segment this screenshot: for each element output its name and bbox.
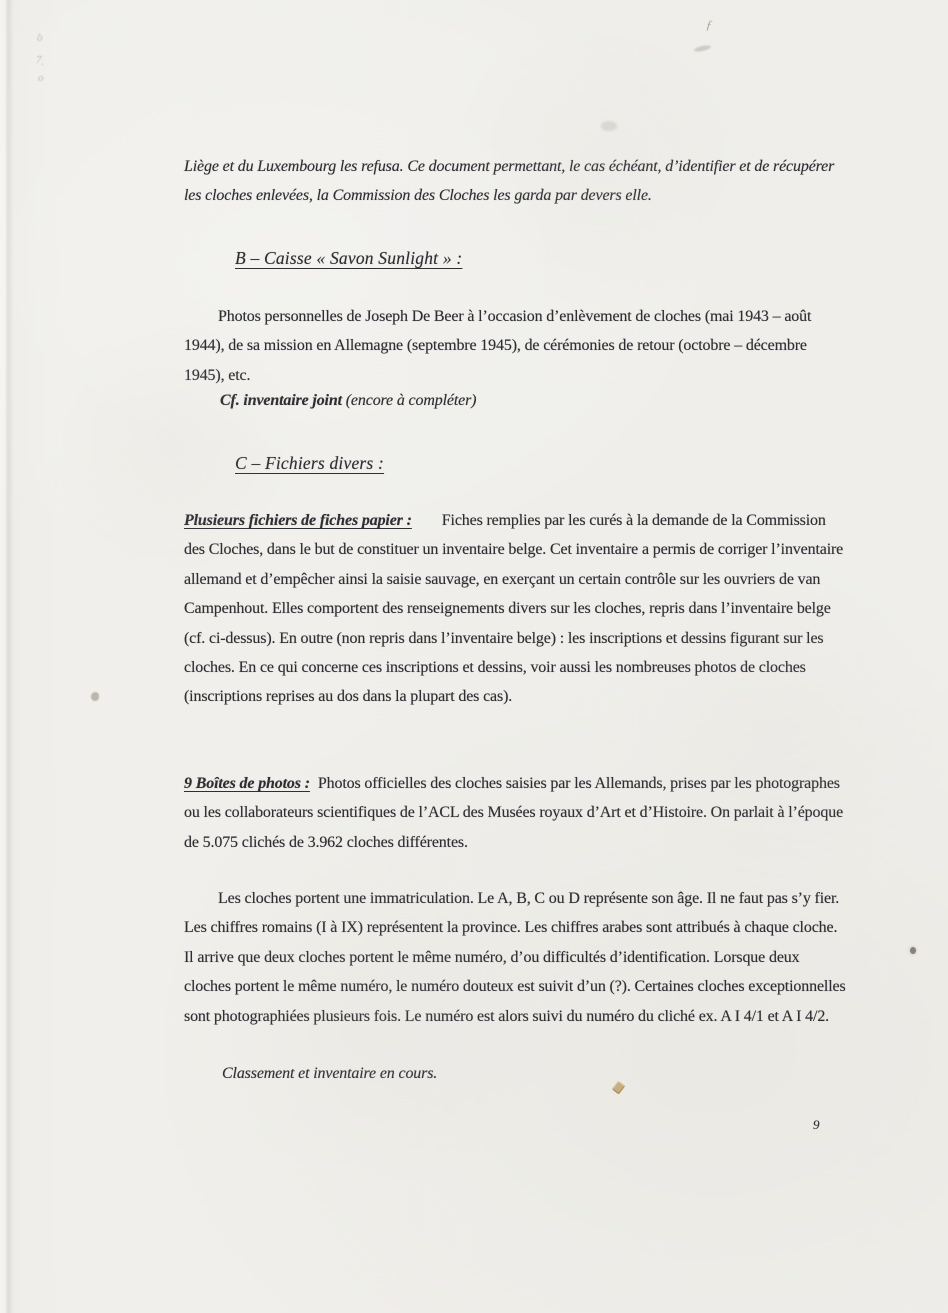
section-b-paragraph: Photos personnelles de Joseph De Beer à … <box>184 302 850 390</box>
section-b-heading: B – Caisse « Savon Sunlight » : <box>235 244 462 273</box>
immatriculation-paragraph: Les cloches portent une immatriculation.… <box>184 884 850 1031</box>
scan-speck-top-left-3: o <box>38 72 44 84</box>
closing-note: Classement et inventaire en cours. <box>222 1059 437 1088</box>
scan-speck-top-left-2: 7̦ <box>36 54 42 66</box>
scanned-page: ̊o 7̦ o ƒ Liège et du Luxembourg les ref… <box>0 0 948 1313</box>
boites-paragraph-lead: 9 Boîtes de photos : <box>184 775 310 792</box>
scan-smudge-top-right <box>694 44 712 52</box>
fichiers-paragraph: Plusieurs fichiers de fiches papier :Fic… <box>184 506 850 712</box>
fichiers-paragraph-body: Fiches remplies par les curés à la deman… <box>184 512 843 705</box>
inventory-note-lead: Cf. inventaire joint <box>220 392 342 409</box>
inventory-note: Cf. inventaire joint (encore à compléter… <box>220 386 476 415</box>
scan-speck-tan <box>612 1080 626 1094</box>
scan-speck-right-margin <box>910 947 916 954</box>
scan-squiggle-top-right: ƒ <box>705 17 714 34</box>
scan-speck-top-left-1: ̊o <box>37 32 43 44</box>
scan-ghost-mark <box>601 121 617 131</box>
inventory-note-rest: (encore à compléter) <box>342 392 476 409</box>
fichiers-paragraph-lead: Plusieurs fichiers de fiches papier : <box>184 512 412 529</box>
section-c-heading: C – Fichiers divers : <box>235 449 384 478</box>
page-number: 9 <box>813 1117 820 1133</box>
continuation-paragraph: Liège et du Luxembourg les refusa. Ce do… <box>184 152 850 211</box>
scan-speck-left-margin <box>91 692 99 701</box>
boites-paragraph: 9 Boîtes de photos :Photos officielles d… <box>184 769 850 857</box>
